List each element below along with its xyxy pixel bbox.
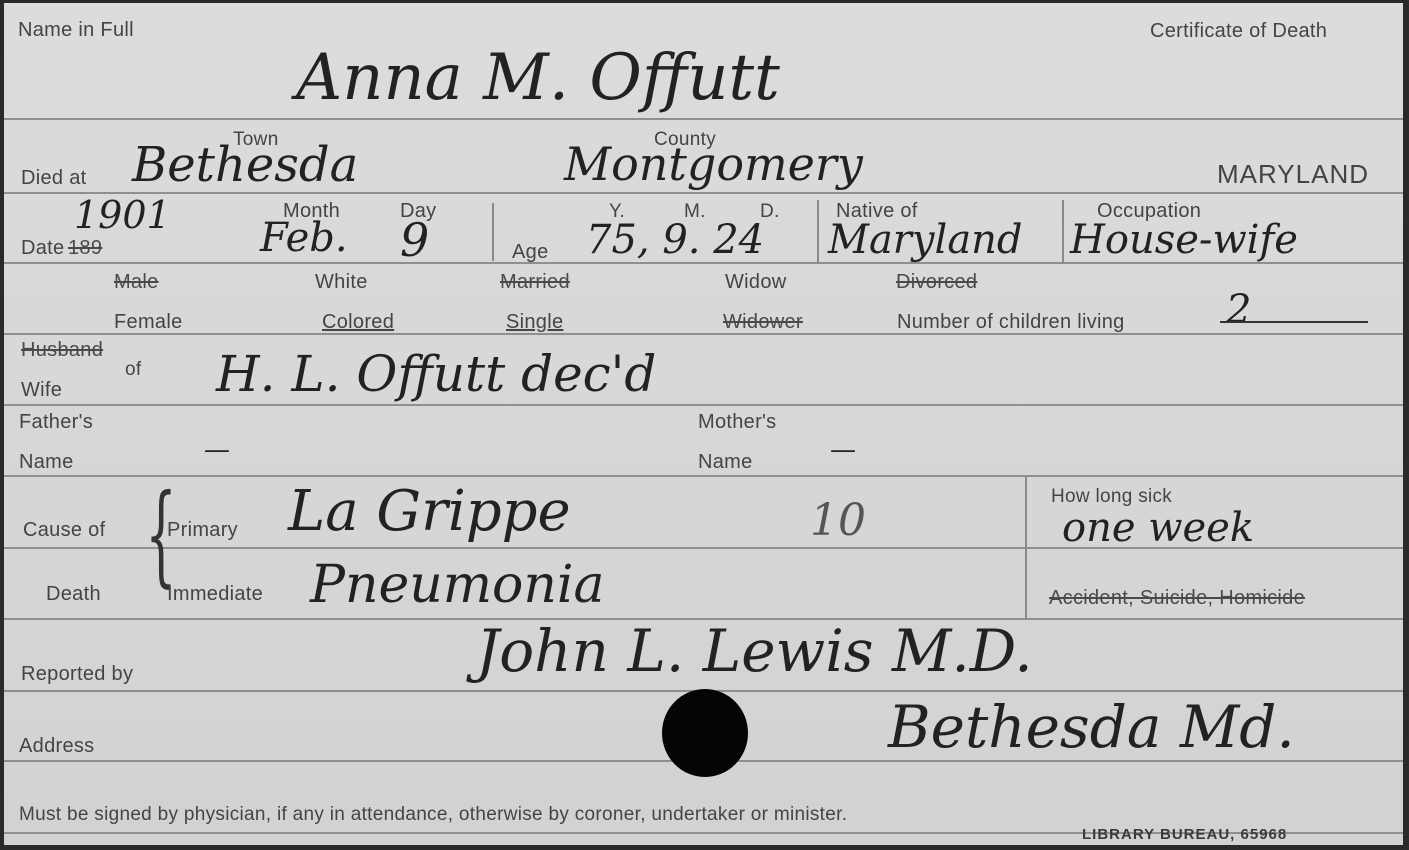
certificate-title: Certificate of Death xyxy=(1150,20,1327,43)
primary-cause-code: 10 xyxy=(810,495,866,546)
manner-of-death-options: Accident, Suicide, Homicide xyxy=(1049,587,1305,610)
age-label: Age xyxy=(512,241,549,264)
reported-by-value: John L. Lewis M.D. xyxy=(476,617,1033,685)
married-option: Married xyxy=(500,271,570,294)
children-underline xyxy=(1220,321,1368,323)
husband-label: Husband xyxy=(21,339,103,362)
year-value: 1901 xyxy=(74,193,171,237)
divorced-option: Divorced xyxy=(896,271,977,294)
colored-option: Colored xyxy=(322,311,394,334)
rule xyxy=(4,475,1403,477)
children-living-value: 2 xyxy=(1226,287,1251,333)
widower-option: Widower xyxy=(723,311,803,334)
wife-label: Wife xyxy=(21,379,62,402)
punch-hole xyxy=(662,689,748,777)
father-label: Father's xyxy=(19,411,93,434)
how-long-sick-value: one week xyxy=(1062,505,1254,551)
rule xyxy=(4,333,1403,335)
divider xyxy=(1025,475,1027,618)
single-option: Single xyxy=(506,311,563,334)
name-in-full-label: Name in Full xyxy=(18,19,134,42)
death-label: Death xyxy=(46,583,101,606)
mother-name-label: Name xyxy=(698,451,753,474)
cause-of-label: Cause of xyxy=(23,519,105,542)
rule xyxy=(4,118,1403,120)
county-value: Montgomery xyxy=(564,137,863,191)
died-at-label: Died at xyxy=(21,167,86,190)
month-value: Feb. xyxy=(260,215,348,261)
male-option: Male xyxy=(114,271,159,294)
primary-label: Primary xyxy=(167,519,238,542)
date-printed-prefix: 189 xyxy=(68,237,102,260)
mother-label: Mother's xyxy=(698,411,776,434)
date-label: Date xyxy=(21,237,64,260)
primary-cause-value: La Grippe xyxy=(288,479,571,544)
father-name-label: Name xyxy=(19,451,74,474)
mother-value: — xyxy=(830,435,856,465)
of-label: of xyxy=(125,359,141,381)
spouse-value: H. L. Offutt dec'd xyxy=(216,345,656,403)
reported-by-label: Reported by xyxy=(21,663,133,686)
address-label: Address xyxy=(19,735,94,758)
native-of-value: Maryland xyxy=(828,217,1023,263)
death-certificate-card: Name in Full Certificate of Death Anna M… xyxy=(4,3,1403,845)
name-value: Anna M. Offutt xyxy=(296,41,780,115)
occupation-value: House-wife xyxy=(1070,217,1298,263)
immediate-cause-value: Pneumonia xyxy=(310,555,604,615)
address-value: Bethesda Md. xyxy=(888,693,1295,761)
library-bureau-imprint: LIBRARY BUREAU, 65968 xyxy=(1082,826,1287,843)
widow-option: Widow xyxy=(725,271,787,294)
town-value: Bethesda xyxy=(132,137,358,193)
father-value: — xyxy=(204,435,230,465)
state-label: MARYLAND xyxy=(1217,159,1369,190)
children-living-label: Number of children living xyxy=(897,311,1125,334)
age-value: 75, 9. 24 xyxy=(586,217,764,263)
female-option: Female xyxy=(114,311,183,334)
signature-note: Must be signed by physician, if any in a… xyxy=(19,804,847,826)
rule xyxy=(4,404,1403,406)
immediate-label: Immediate xyxy=(167,583,263,606)
divider xyxy=(1062,200,1064,262)
divider xyxy=(492,203,494,261)
divider xyxy=(817,200,819,262)
white-option: White xyxy=(315,271,368,294)
day-value: 9 xyxy=(400,213,429,267)
